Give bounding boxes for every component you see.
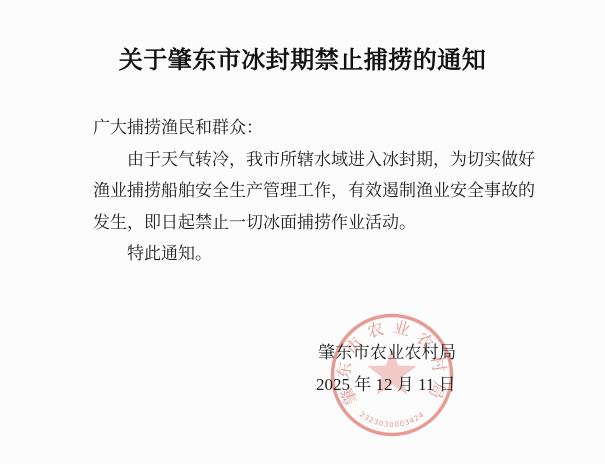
body-line-1: 由于天气转冷，我市所辖水域进入冰封期，为切实做好 [93, 144, 541, 176]
seal-serial-number: 2323030003424 [358, 410, 426, 429]
notice-body: 广大捕捞渔民和群众： 由于天气转冷，我市所辖水域进入冰封期，为切实做好 渔业捕捞… [93, 112, 541, 270]
issue-date: 2025 年 12 月 11 日 [316, 370, 456, 395]
notice-title: 关于肇东市冰封期禁止捕捞的通知 [0, 40, 605, 75]
closing-line: 特此通知。 [93, 238, 541, 270]
issuer-signature: 肇东市农业农村局 [318, 338, 456, 363]
svg-text:2323030003424: 2323030003424 [358, 410, 426, 429]
notice-document: 关于肇东市冰封期禁止捕捞的通知 广大捕捞渔民和群众： 由于天气转冷，我市所辖水域… [0, 0, 605, 464]
salutation-line: 广大捕捞渔民和群众： [93, 112, 541, 144]
body-line-3: 发生，即日起禁止一切冰面捕捞作业活动。 [93, 207, 541, 239]
body-line-2: 渔业捕捞船舶安全生产管理工作，有效遏制渔业安全事故的 [93, 175, 541, 207]
